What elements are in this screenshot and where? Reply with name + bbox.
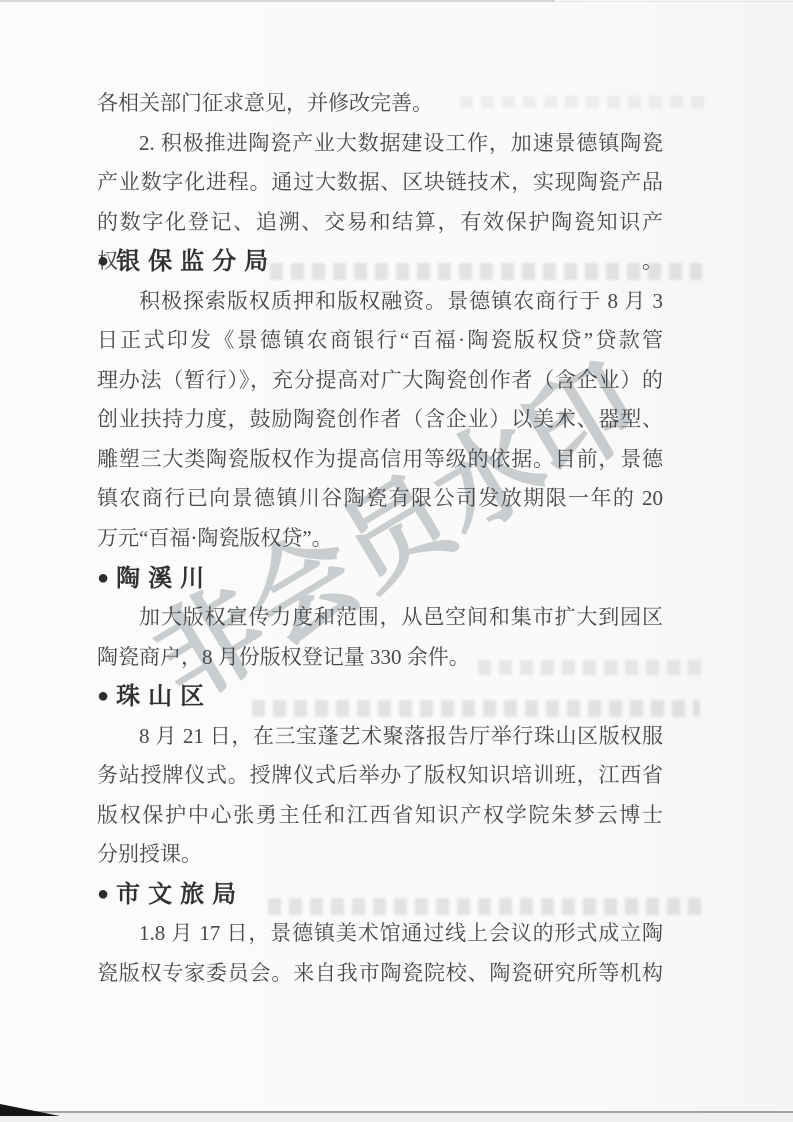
text-line: 创业扶持力度，鼓励陶瓷创作者（含企业）以美术、器型、 <box>97 400 663 440</box>
text-line: 2. 积极推进陶瓷产业大数据建设工作，加速景德镇陶瓷 <box>97 124 663 164</box>
text-line: 产业数字化进程。通过大数据、区块链技术，实现陶瓷产品 <box>97 163 663 203</box>
scan-corner-artifact <box>0 1104 60 1116</box>
bullet-icon: ● <box>97 685 109 707</box>
section-heading-label: 市文旅局 <box>116 881 244 908</box>
text-line: 瓷版权专家委员会。来自我市陶瓷院校、陶瓷研究所等机构 <box>97 954 663 994</box>
text-line: 8 月 21 日，在三宝蓬艺术聚落报告厅举行珠山区版权服 <box>97 717 663 757</box>
text-line: 各相关部门征求意见，并修改完善。 <box>97 84 663 124</box>
text-line: 1.8 月 17 日，景德镇美术馆通过线上会议的形式成立陶 <box>97 914 663 954</box>
scan-edge-artifact-bottom <box>0 1113 793 1122</box>
text-line: 加大版权宣传力度和范围，从邑空间和集市扩大到园区 <box>97 598 663 638</box>
bullet-icon: ● <box>97 250 109 272</box>
scan-edge-artifact-top <box>0 1 793 2</box>
section-heading-label: 陶溪川 <box>116 565 212 592</box>
section-heading: ●陶溪川 <box>97 559 663 599</box>
bullet-icon: ● <box>97 883 109 905</box>
text-line: 版权保护中心张勇主任和江西省知识产权学院朱梦云博士 <box>97 796 663 836</box>
text-line: 的数字化登记、追溯、交易和结算，有效保护陶瓷知识产权。 <box>97 203 663 243</box>
section-heading: ●珠山区 <box>97 677 663 717</box>
section-heading: ●市文旅局 <box>97 875 663 915</box>
text-line: 陶瓷商户，8 月份版权登记量 330 余件。 <box>97 638 663 678</box>
bullet-icon: ● <box>97 567 109 589</box>
section-heading-label: 银保监分局 <box>116 248 276 275</box>
text-line: 日正式印发《景德镇农商银行“百福·陶瓷版权贷”贷款管 <box>97 321 663 361</box>
section-heading-label: 珠山区 <box>116 683 212 710</box>
text-line: 务站授牌仪式。授牌仪式后举办了版权知识培训班，江西省 <box>97 756 663 796</box>
text-line: 雕塑三大类陶瓷版权作为提高信用等级的依据。目前，景德 <box>97 440 663 480</box>
text-line: 镇农商行已向景德镇川谷陶瓷有限公司发放期限一年的 20 <box>97 479 663 519</box>
scanned-document-page: 非会员水印 各相关部门征求意见，并修改完善。 2. 积极推进陶瓷产业大数据建设工… <box>0 0 793 1122</box>
text-line: 分别授课。 <box>97 835 663 875</box>
document-text: 各相关部门征求意见，并修改完善。 2. 积极推进陶瓷产业大数据建设工作，加速景德… <box>97 84 663 994</box>
text-line: 积极探索版权质押和版权融资。景德镇农商行于 8 月 3 <box>97 282 663 322</box>
text-line: 万元“百福·陶瓷版权贷”。 <box>97 519 663 559</box>
text-line: 理办法（暂行）》，充分提高对广大陶瓷创作者（含企业）的 <box>97 361 663 401</box>
